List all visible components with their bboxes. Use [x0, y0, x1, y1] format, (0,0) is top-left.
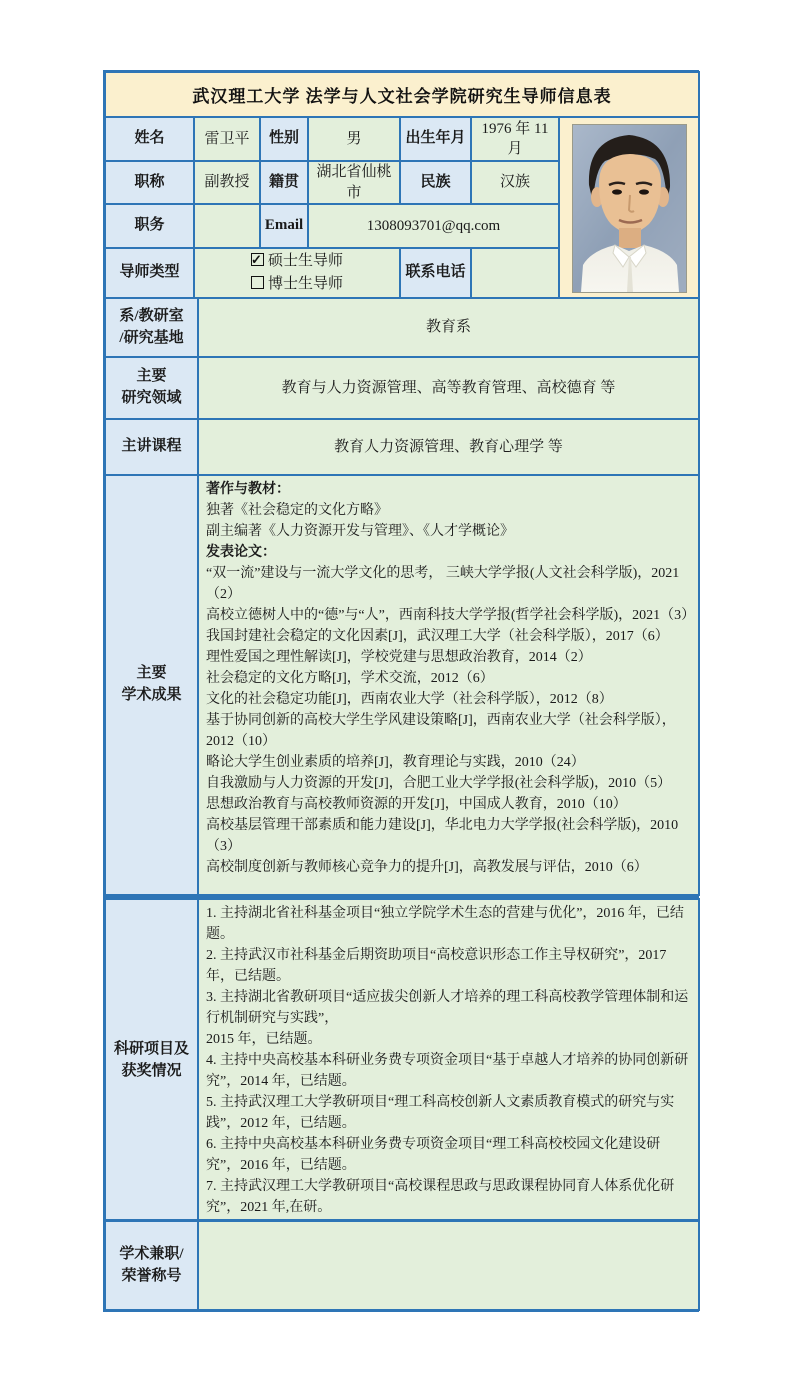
text-line: 基于协同创新的高校大学生学风建设策略[J]，西南农业大学（社会科学版），2012…: [206, 710, 691, 752]
native-place-label: 籍贯: [260, 161, 308, 204]
checkbox-checked-icon[interactable]: [251, 253, 264, 266]
page-title: 武汉理工大学 法学与人文社会学院研究生导师信息表: [105, 72, 699, 117]
text-line: 6. 主持中央高校基本科研业务费专项资金项目“理工科高校校园文化建设研究”，20…: [206, 1134, 691, 1176]
gender-label: 性别: [260, 117, 308, 161]
birth-label: 出生年月: [400, 117, 471, 161]
honors-grid: 学术兼职/ 荣誉称号: [104, 1220, 700, 1311]
text-line: “双一流”建设与一流大学文化的思考， 三峡大学学报(人文社会科学版)，2021（…: [206, 563, 691, 605]
text-line: 思想政治教育与高校教师资源的开发[J]，中国成人教育，2010（10）: [206, 794, 691, 815]
text-line: 著作与教材：: [206, 479, 691, 500]
gender-value: 男: [308, 117, 400, 161]
department-label: 系/教研室 /研究基地: [105, 299, 198, 357]
projects-content: 1. 主持湖北省社科基金项目“独立学院学术生态的营建与优化”，2016 年，已结…: [198, 899, 699, 1222]
faculty-photo: [572, 124, 687, 293]
position-label: 职务: [105, 204, 194, 248]
text-line: 社会稳定的文化方略[J]，学术交流，2012（6）: [206, 668, 691, 689]
email-value: 1308093701@qq.com: [308, 204, 559, 248]
text-line: 文化的社会稳定功能[J]，西南农业大学（社会科学版），2012（8）: [206, 689, 691, 710]
text-line: 理性爱国之理性解读[J]，学校党建与思想政治教育，2014（2）: [206, 647, 691, 668]
achievements-label: 主要 学术成果: [105, 475, 198, 895]
text-line: 高校制度创新与教师核心竞争力的提升[J]，高教发展与评估，2010（6）: [206, 857, 691, 878]
name-value: 雷卫平: [194, 117, 260, 161]
text-line: 高校基层管理干部素质和能力建设[J]，华北电力大学学报(社会科学版)，2010（…: [206, 815, 691, 857]
text-line: 独著《社会稳定的文化方略》: [206, 500, 691, 521]
email-label: Email: [260, 204, 308, 248]
achievements-content: 著作与教材：独著《社会稳定的文化方略》副主编著《人力资源开发与管理》、《人才学概…: [198, 475, 699, 895]
text-line: 自我激励与人力资源的开发[J]，合肥工业大学学报(社会科学版)，2010（5）: [206, 773, 691, 794]
honors-value: [198, 1221, 699, 1310]
text-line: 副主编著《人力资源开发与管理》、《人才学概论》: [206, 521, 691, 542]
photo-cell: [559, 117, 699, 298]
basic-info-grid: 武汉理工大学 法学与人文社会学院研究生导师信息表 姓名 雷卫平 性别 男 出生年…: [104, 71, 700, 299]
doctor-supervisor-label: 博士生导师: [268, 276, 343, 292]
ethnicity-label: 民族: [400, 161, 471, 204]
text-line: 4. 主持中央高校基本科研业务费专项资金项目“基于卓越人才培养的协同创新研究”，…: [206, 1050, 691, 1092]
text-line: 我国封建社会稳定的文化因素[J]，武汉理工大学（社会科学版），2017（6）: [206, 626, 691, 647]
master-supervisor-label: 硕士生导师: [268, 253, 343, 269]
supervisor-type-label: 导师类型: [105, 248, 194, 298]
birth-value: 1976 年 11 月: [471, 117, 559, 161]
master-supervisor-option[interactable]: 硕士生导师: [251, 253, 343, 269]
text-line: 7. 主持武汉理工大学教研项目“高校课程思政与思政课程协同育人体系优化研究”，2…: [206, 1176, 691, 1218]
text-line: 2. 主持武汉市社科基金后期资助项目“高校意识形态工作主导权研究”，2017 年…: [206, 945, 691, 987]
text-line: 发表论文：: [206, 542, 691, 563]
research-areas-label: 主要 研究领域: [105, 357, 198, 419]
phone-label: 联系电话: [400, 248, 471, 298]
native-place-value: 湖北省仙桃市: [308, 161, 400, 204]
courses-value: 教育人力资源管理、教育心理学 等: [198, 419, 699, 475]
section-grid: 系/教研室 /研究基地 教育系 主要 研究领域 教育与人力资源管理、高等教育管理…: [104, 299, 700, 896]
prof-title-value: 副教授: [194, 161, 260, 204]
text-line: 3. 主持湖北省教研项目“适应拔尖创新人才培养的理工科高校教学管理体制和运行机制…: [206, 987, 691, 1050]
prof-title-label: 职称: [105, 161, 194, 204]
research-areas-value: 教育与人力资源管理、高等教育管理、高校德育 等: [198, 357, 699, 419]
projects-table: 科研项目及 获奖情况 1. 主持湖北省社科基金项目“独立学院学术生态的营建与优化…: [103, 897, 699, 1224]
position-value: [194, 204, 260, 248]
supervisor-type-value: 硕士生导师 博士生导师: [194, 248, 400, 298]
department-value: 教育系: [198, 299, 699, 357]
name-label: 姓名: [105, 117, 194, 161]
text-line: 5. 主持武汉理工大学教研项目“理工科高校创新人文素质教育模式的研究与实践”，2…: [206, 1092, 691, 1134]
ethnicity-value: 汉族: [471, 161, 559, 204]
courses-label: 主讲课程: [105, 419, 198, 475]
text-line: 高校立德树人中的“德”与“人”，西南科技大学学报(哲学社会科学版)，2021（3…: [206, 605, 691, 626]
phone-value: [471, 248, 559, 298]
projects-grid: 科研项目及 获奖情况 1. 主持湖北省社科基金项目“独立学院学术生态的营建与优化…: [104, 898, 700, 1223]
text-line: 1. 主持湖北省社科基金项目“独立学院学术生态的营建与优化”，2016 年，已结…: [206, 903, 691, 945]
page: { "title": "武汉理工大学 法学与人文社会学院研究生导师信息表", "…: [0, 0, 800, 1378]
checkbox-unchecked-icon[interactable]: [251, 276, 264, 289]
projects-label: 科研项目及 获奖情况: [105, 899, 198, 1222]
doctor-supervisor-option[interactable]: 博士生导师: [251, 276, 343, 292]
honors-table: 学术兼职/ 荣誉称号: [103, 1219, 699, 1312]
honors-label: 学术兼职/ 荣誉称号: [105, 1221, 198, 1310]
faculty-info-table: 武汉理工大学 法学与人文社会学院研究生导师信息表 姓名 雷卫平 性别 男 出生年…: [103, 70, 699, 897]
text-line: 略论大学生创业素质的培养[J]，教育理论与实践，2010（24）: [206, 752, 691, 773]
